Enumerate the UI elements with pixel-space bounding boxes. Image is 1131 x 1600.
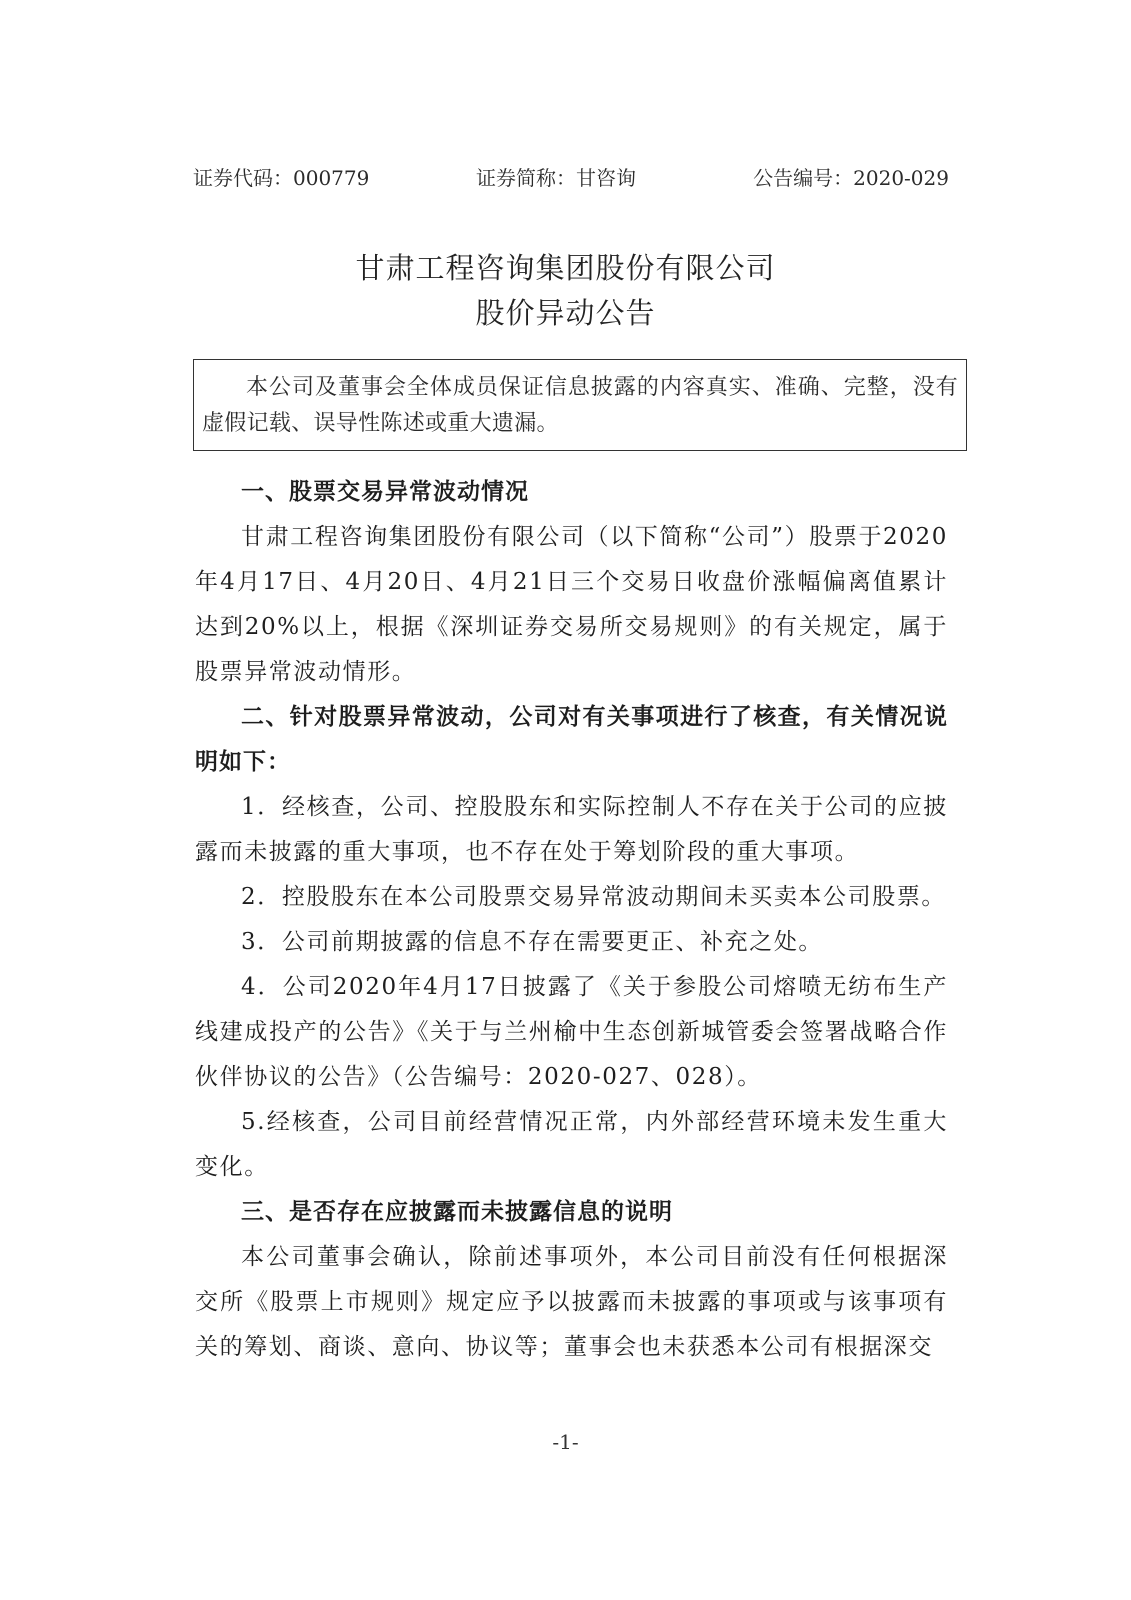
section-2-heading: 二、针对股票异常波动，公司对有关事项进行了核查，有关情况说明如下： xyxy=(195,695,948,785)
security-code: 证券代码：000779 xyxy=(193,162,369,191)
section-2-item-5: 5.经核查，公司目前经营情况正常，内外部经营环境未发生重大变化。 xyxy=(195,1100,948,1190)
document-page: 证券代码：000779 证券简称：甘咨询 公告编号：2020-029 甘肃工程咨… xyxy=(0,0,1131,1600)
company-name-title: 甘肃工程咨询集团股份有限公司 xyxy=(0,246,1131,287)
disclaimer-box: 本公司及董事会全体成员保证信息披露的内容真实、准确、完整，没有虚假记载、误导性陈… xyxy=(193,359,967,451)
section-2-item-3: 3．公司前期披露的信息不存在需要更正、补充之处。 xyxy=(195,920,948,965)
announcement-header: 证券代码：000779 证券简称：甘咨询 公告编号：2020-029 xyxy=(193,162,949,192)
document-type-title: 股价异动公告 xyxy=(0,291,1131,332)
section-1-heading: 一、股票交易异常波动情况 xyxy=(195,470,948,515)
security-abbreviation: 证券简称：甘咨询 xyxy=(476,162,636,191)
section-2-item-2: 2．控股股东在本公司股票交易异常波动期间未买卖本公司股票。 xyxy=(195,875,948,920)
announcement-number: 公告编号：2020-029 xyxy=(753,162,949,191)
disclaimer-text: 本公司及董事会全体成员保证信息披露的内容真实、准确、完整，没有虚假记载、误导性陈… xyxy=(202,370,958,442)
section-2-item-1: 1．经核查，公司、控股股东和实际控制人不存在关于公司的应披露而未披露的重大事项，… xyxy=(195,785,948,875)
section-3-paragraph: 本公司董事会确认，除前述事项外，本公司目前没有任何根据深交所《股票上市规则》规定… xyxy=(195,1235,948,1370)
page-number: -1- xyxy=(0,1430,1131,1454)
section-3-heading: 三、是否存在应披露而未披露信息的说明 xyxy=(195,1190,948,1235)
section-1-paragraph: 甘肃工程咨询集团股份有限公司（以下简称“公司”）股票于2020年4月17日、4月… xyxy=(195,515,948,695)
section-2-item-4: 4．公司2020年4月17日披露了《关于参股公司熔喷无纺布生产线建成投产的公告》… xyxy=(195,965,948,1100)
